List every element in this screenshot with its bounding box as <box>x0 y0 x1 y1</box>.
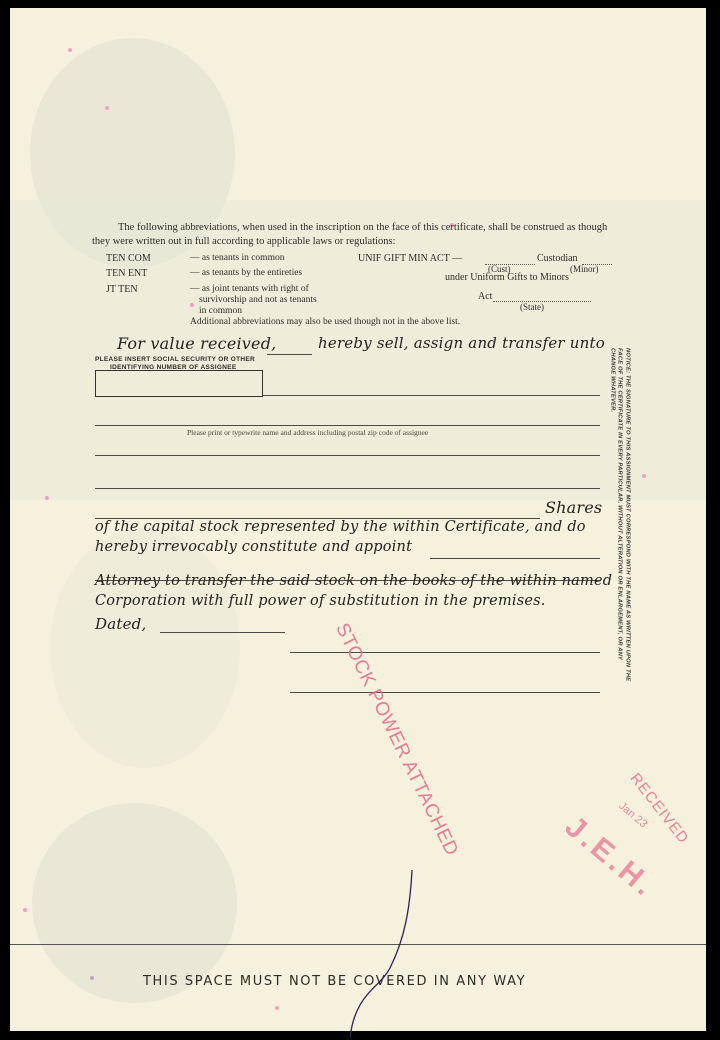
speckle <box>90 976 94 980</box>
ghost-seal-bottom <box>32 803 237 1003</box>
capital-stock-text: of the capital stock represented by the … <box>95 519 586 535</box>
abbr-meaning-ten-ent: — as tenants by the entireties <box>190 268 302 278</box>
irrevocably-text: hereby irrevocably constitute and appoin… <box>95 539 412 555</box>
minor-label: (Minor) <box>570 264 599 274</box>
signature-notice: NOTICE: THE SIGNATURE TO THIS ASSIGNMENT… <box>608 348 631 688</box>
speckle <box>68 48 72 52</box>
speckle <box>105 106 109 110</box>
shares-label: Shares <box>545 498 602 517</box>
dated-label: Dated, <box>95 615 146 633</box>
additional-note: Additional abbreviations may also be use… <box>190 317 460 327</box>
certificate-back: The following abbreviations, when used i… <box>10 8 706 1031</box>
abbr-meaning-jt-ten-1: — as joint tenants with right of <box>190 284 309 294</box>
speckle <box>275 1006 279 1010</box>
assignee-address-line-2[interactable] <box>95 488 600 489</box>
ssn-label-1: PLEASE INSERT SOCIAL SECURITY OR OTHER <box>95 356 255 363</box>
attorney-text: Attorney to transfer the said stock on t… <box>95 573 612 589</box>
under-uniform-gifts: under Uniform Gifts to Minors <box>445 272 569 283</box>
print-instruction: Please print or typewrite name and addre… <box>187 428 428 437</box>
abbr-code-ten-com: TEN COM <box>106 253 151 264</box>
unif-gift-label: UNIF GIFT MIN ACT — <box>358 253 462 264</box>
signature-line-2[interactable] <box>290 692 600 693</box>
abbr-meaning-ten-com: — as tenants in common <box>190 253 284 263</box>
sell-assign-transfer: hereby sell, assign and transfer unto <box>318 334 605 352</box>
pen-stroke <box>350 868 430 1040</box>
speckle <box>190 303 194 307</box>
act-label: Act <box>478 291 492 302</box>
corporation-text: Corporation with full power of substitut… <box>95 593 546 609</box>
assignee-address-line-1[interactable] <box>95 455 600 456</box>
abbr-meaning-jt-ten-2: survivorship and not as tenants <box>199 295 317 305</box>
state-label: (State) <box>520 302 544 312</box>
assignor-line[interactable] <box>267 354 312 355</box>
date-line[interactable] <box>160 632 285 633</box>
for-value-received: For value received, <box>117 334 276 353</box>
attorney-name-line[interactable] <box>430 558 600 559</box>
footer-warning: THIS SPACE MUST NOT BE COVERED IN ANY WA… <box>143 974 526 989</box>
ghost-seal-top <box>30 38 235 268</box>
abbr-meaning-jt-ten-3: in common <box>199 306 242 316</box>
abbr-code-ten-ent: TEN ENT <box>106 268 147 279</box>
ghost-seal-mid <box>50 528 240 768</box>
abbr-code-jt-ten: JT TEN <box>106 284 138 295</box>
intro-line-2: they were written out in full according … <box>92 236 396 247</box>
ssn-input-box[interactable] <box>95 370 263 397</box>
intro-line-1: The following abbreviations, when used i… <box>118 222 607 233</box>
assignee-line-1[interactable] <box>262 395 600 396</box>
signature-line-1[interactable] <box>290 652 600 653</box>
assignee-line-2[interactable] <box>95 425 600 426</box>
speckle <box>23 908 27 912</box>
speckle <box>642 474 646 478</box>
speckle <box>45 496 49 500</box>
custodian-label: Custodian <box>537 253 578 264</box>
